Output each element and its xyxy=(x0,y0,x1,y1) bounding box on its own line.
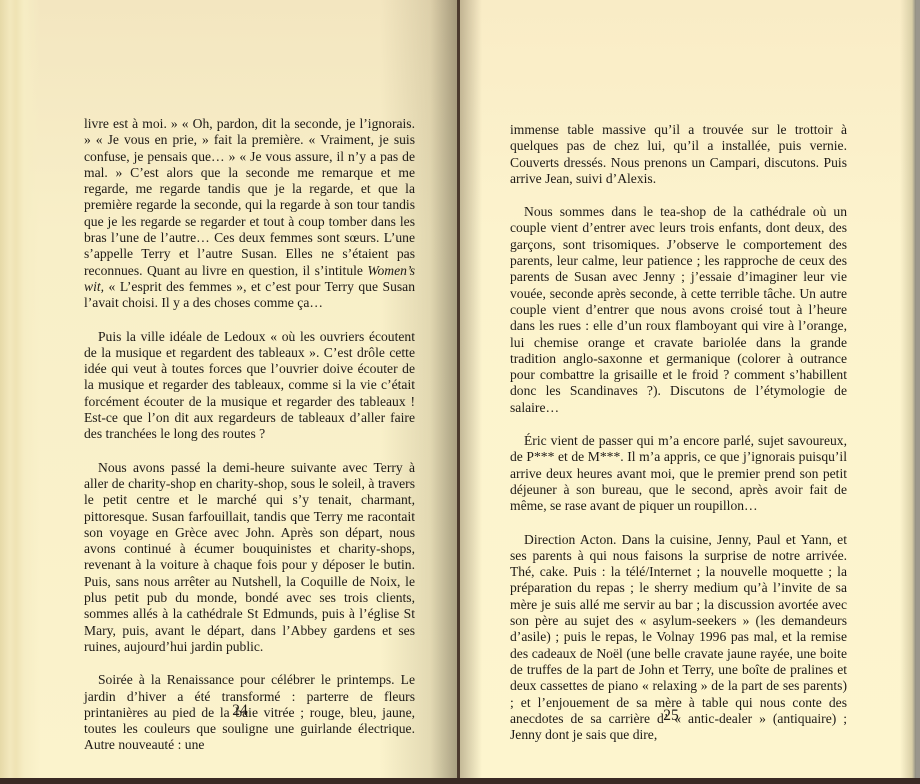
background-strip xyxy=(0,778,920,784)
page-number: 24 xyxy=(210,702,270,720)
paragraph: Nous sommes dans le tea-shop de la cathé… xyxy=(510,204,847,416)
paragraph: livre est à moi. » « Oh, pardon, dit la … xyxy=(84,116,415,312)
left-page: livre est à moi. » « Oh, pardon, dit la … xyxy=(0,0,457,778)
page-edge xyxy=(916,0,920,784)
paragraph-text: livre est à moi. » « Oh, pardon, dit la … xyxy=(84,116,415,278)
paragraph: Puis la ville idéale de Ledoux « où les … xyxy=(84,329,415,443)
paragraph: immense table massive qu’il a trouvée su… xyxy=(510,122,847,187)
book-spread: livre est à moi. » « Oh, pardon, dit la … xyxy=(0,0,920,784)
paragraph: Nous avons passé la demi-heure suivante … xyxy=(84,460,415,656)
right-page-body: immense table massive qu’il a trouvée su… xyxy=(510,122,847,760)
left-page-body: livre est à moi. » « Oh, pardon, dit la … xyxy=(84,116,415,771)
paragraph-text: « L’esprit des femmes », et c’est pour T… xyxy=(84,279,415,310)
right-page: immense table massive qu’il a trouvée su… xyxy=(460,0,916,778)
paragraph: Éric vient de passer qui m’a encore parl… xyxy=(510,433,847,514)
page-number: 25 xyxy=(641,707,701,725)
